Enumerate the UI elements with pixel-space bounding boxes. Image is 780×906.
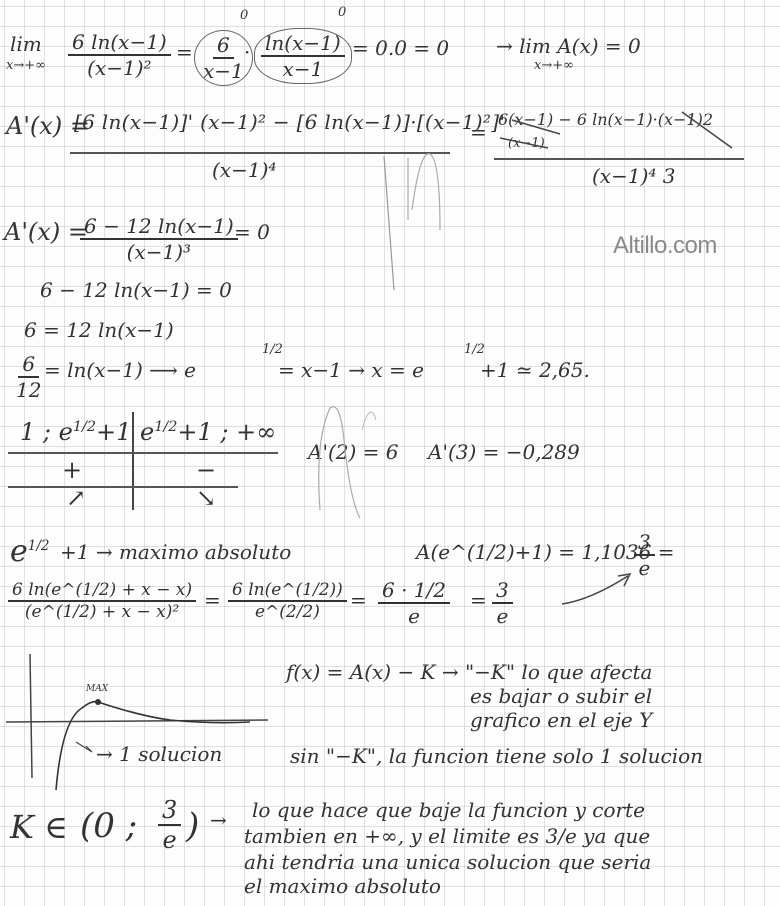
lim-label: lim — [10, 32, 42, 56]
conclusion-text-2: tambien en +∞, y el limite es 3/e ya que — [244, 824, 650, 848]
limit-conclusion: → lim A(x) = 0 — [496, 34, 641, 58]
calc-fraction-2: 6 ln(e^(1/2)) e^(2/2) — [228, 580, 347, 622]
eval-at-3: A'(3) = −0,289 — [428, 440, 580, 464]
decreasing-arrow-icon: ↘ — [196, 484, 216, 512]
interval-open: (0 ; — [80, 806, 137, 846]
sign-negative: − — [196, 456, 216, 484]
eq-2: = — [350, 588, 367, 612]
conclusion-text-1: lo que hace que baje la funcion y corte — [252, 798, 645, 822]
limit-numerator: 6 ln(x−1) — [68, 30, 171, 56]
max-x-value: e1/2 — [10, 534, 50, 569]
limit-conclusion-subscript: x→+∞ — [534, 58, 574, 73]
limit-result: = 0.0 = 0 — [352, 36, 449, 60]
arrow-icon: → — [210, 808, 227, 832]
equals-sign-2: = — [470, 120, 487, 144]
f-definition-2: es bajar o subir el — [470, 684, 652, 708]
interval-2: e1/2+1 ; +∞ — [140, 418, 276, 446]
watermark: Altillo.com — [613, 232, 717, 260]
max-point-label: MAX — [86, 684, 108, 694]
strike-marks — [492, 108, 752, 158]
derivative-lhs-2: A'(x) = — [4, 218, 88, 246]
multiply-dot: · — [244, 40, 250, 64]
calc-fraction-4: 3 e — [492, 578, 513, 628]
interval-1: 1 ; e1/2+1 — [20, 418, 131, 446]
limit-denominator: (x−1)² — [83, 56, 155, 80]
calc-fraction-1: 6 ln(e^(1/2) + x − x) (e^(1/2) + x − x)² — [8, 580, 196, 622]
solve-text: = ln(x−1) ⟶ e — [44, 358, 196, 382]
equals-zero: = 0 — [234, 220, 270, 244]
interval-close: ) — [186, 806, 199, 846]
equation-step-1: 6 − 12 ln(x−1) = 0 — [40, 278, 232, 302]
without-k-note: sin "−K", la funcion tiene solo 1 soluci… — [290, 744, 703, 768]
pencil-marks — [380, 150, 450, 300]
sign-positive: + — [62, 456, 82, 484]
k-in: K ∈ — [10, 808, 68, 846]
limit-fraction: 6 ln(x−1) (x−1)² — [68, 30, 171, 80]
derivative-fraction: 6 − 12 ln(x−1) (x−1)³ — [80, 214, 238, 264]
solution-label: → 1 solucion — [96, 742, 222, 766]
equation-step-2: 6 = 12 ln(x−1) — [24, 318, 174, 342]
eq-3: = — [470, 588, 487, 612]
interval-fraction: 3 e — [158, 796, 181, 854]
lim-subscript: x→+∞ — [6, 58, 46, 73]
pencil-scribble — [310, 400, 390, 520]
zero-mark-1: 0 — [240, 8, 248, 23]
derivative-denominator: (x−1)⁴ — [212, 158, 276, 182]
f-definition: f(x) = A(x) − K → "−K" lo que afecta — [286, 660, 652, 684]
zero-mark-2: 0 — [338, 5, 346, 20]
eq-1: = — [204, 588, 221, 612]
solve-mid: = x−1 → x = e — [278, 358, 424, 382]
conclusion-text-4: el maximo absoluto — [244, 874, 441, 898]
conclusion-text-3: ahi tendria una unica solucion que seria — [244, 850, 651, 874]
solve-result: +1 ≃ 2,65. — [480, 358, 590, 382]
derivative-numerator: [6 ln(x−1)]' (x−1)² − [6 ln(x−1)]·[(x−1)… — [74, 110, 505, 134]
calc-fraction-3: 6 · 1/2 e — [378, 578, 450, 628]
simplified-denominator: (x−1)⁴ 3 — [592, 164, 675, 188]
max-label: +1 → maximo absoluto — [60, 540, 291, 564]
curved-arrow-icon — [560, 570, 640, 610]
f-definition-3: grafico en el eje Y — [470, 708, 652, 732]
table-divider — [132, 412, 134, 510]
circled-fraction-ln: ln(x−1) x−1 — [254, 28, 352, 84]
six-twelfths: 6 12 — [12, 352, 45, 402]
sketch-graph — [0, 650, 280, 790]
fraction-bar-2 — [494, 158, 744, 160]
exponent-2: 1/2 — [464, 342, 485, 357]
table-line-1 — [8, 452, 278, 454]
exponent-1: 1/2 — [262, 342, 283, 357]
equals-sign: = — [176, 40, 193, 64]
increasing-arrow-icon: ↗ — [66, 484, 86, 512]
